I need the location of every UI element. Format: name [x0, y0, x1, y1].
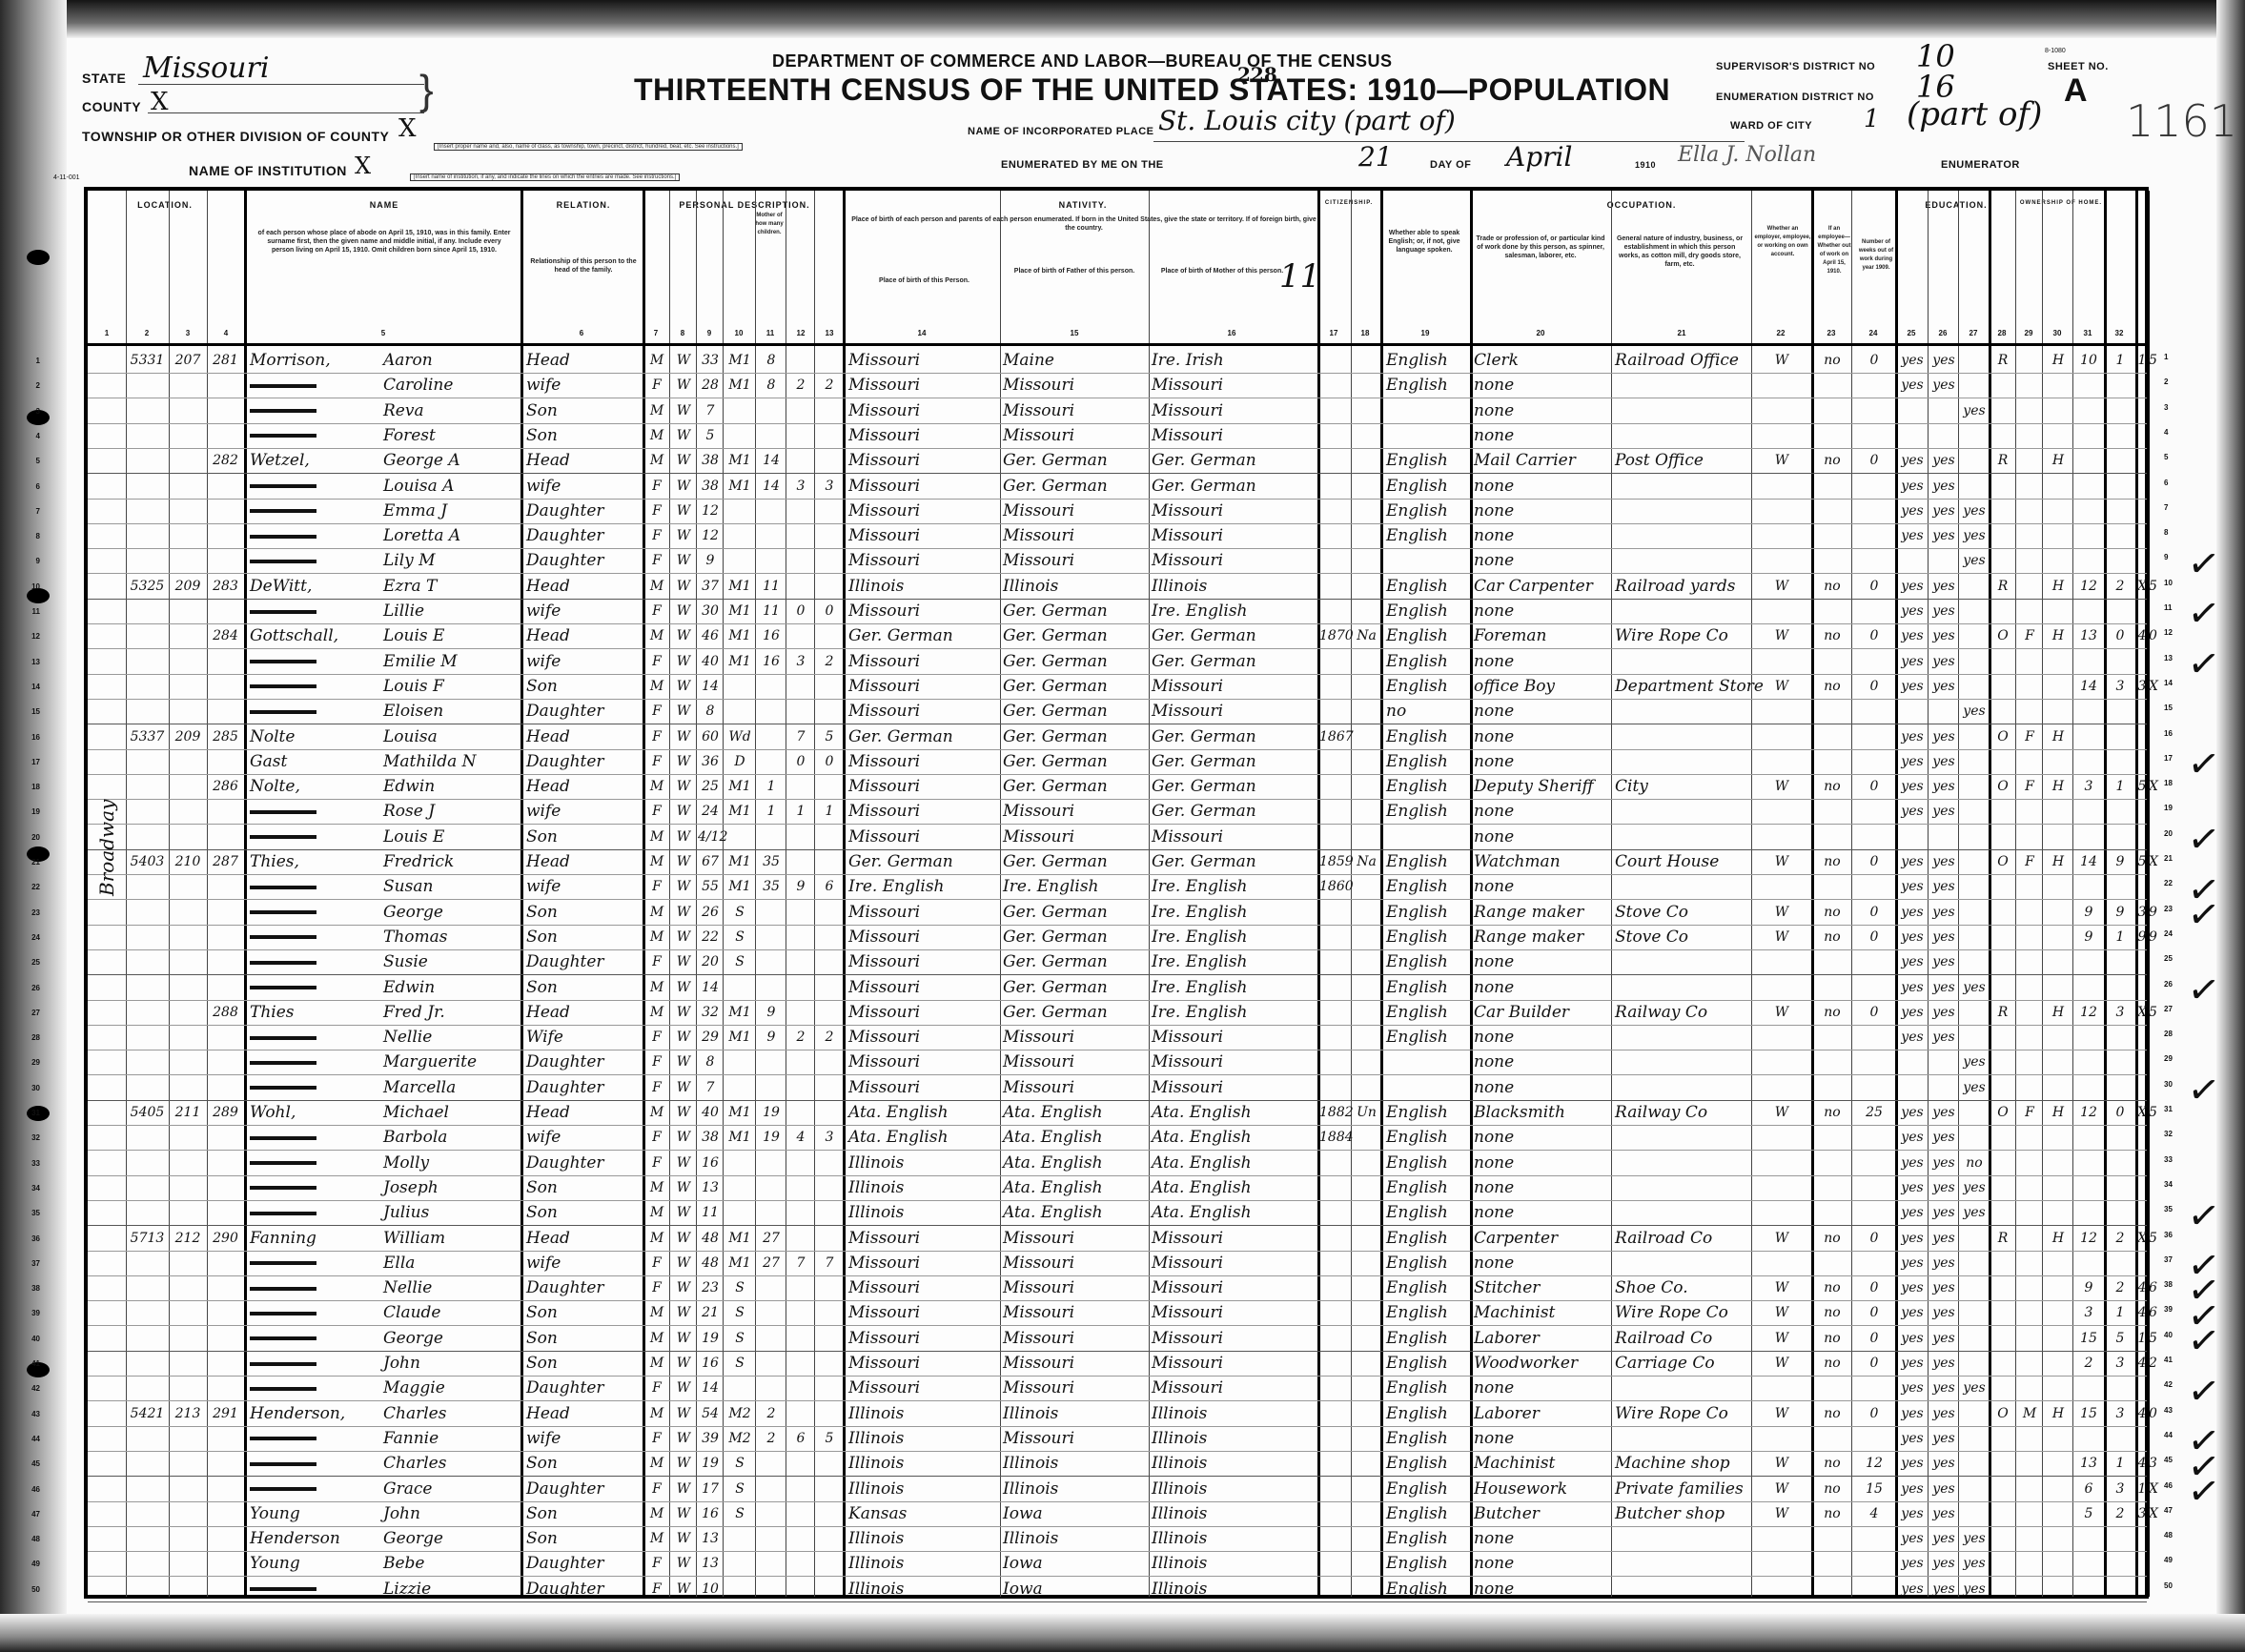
cell-weeks — [1853, 374, 1895, 398]
cell-pob: Illinois — [848, 1478, 999, 1501]
cell-pob: Ger. German — [848, 850, 999, 874]
cell-c32: 0 — [2149, 624, 2157, 648]
cell-english: English — [1386, 524, 1470, 548]
cell-nat — [1353, 1176, 1380, 1200]
cell-immig — [1319, 1201, 1351, 1225]
cell-race: W — [671, 449, 696, 473]
cell-dwelling — [169, 1176, 207, 1200]
cell-pob: Missouri — [848, 1377, 999, 1400]
cell-born — [787, 1001, 814, 1025]
cell-nat — [1353, 575, 1380, 599]
cell-industry — [1615, 549, 1750, 573]
cell-emp: W — [1754, 850, 1809, 874]
cell-relation: wife — [526, 875, 641, 899]
cell-weeks — [1853, 399, 1895, 423]
cell-house — [126, 475, 169, 499]
cell-living — [816, 549, 843, 573]
cell-nat — [1353, 1452, 1380, 1476]
cell-farm — [2017, 976, 2042, 1000]
cell-pob-father: Ata. English — [1003, 1152, 1148, 1175]
cell-years — [757, 1478, 786, 1501]
cell-house-type — [2044, 500, 2072, 523]
cell-read: yes — [1897, 1176, 1928, 1200]
cell-relation: wife — [526, 1427, 641, 1451]
cell-industry — [1615, 1552, 1750, 1576]
cell-race: W — [671, 926, 696, 949]
cell-trade: none — [1474, 1377, 1609, 1400]
cell-pob-father: Ata. English — [1003, 1101, 1148, 1125]
cell-c30 — [2106, 650, 2134, 674]
cell-weeks: 0 — [1853, 1276, 1895, 1300]
cell-family — [207, 1327, 244, 1351]
cell-c31: X — [2137, 575, 2147, 599]
cell-c30 — [2106, 1552, 2134, 1576]
cell-pob-mother: Missouri — [1152, 1301, 1316, 1325]
cell-industry — [1615, 1026, 1750, 1050]
cell-c31 — [2137, 725, 2147, 749]
cell-weeks — [1853, 1578, 1895, 1601]
cell-given: Ezra T — [383, 575, 521, 599]
cell-pob-mother: Ger. German — [1152, 750, 1316, 774]
cell-house-type — [2044, 1502, 2072, 1526]
cell-c30: 2 — [2106, 1227, 2134, 1251]
cell-weeks: 0 — [1853, 1227, 1895, 1251]
cell-family: 288 — [207, 1001, 244, 1025]
cell-living — [816, 1076, 843, 1100]
cell-surname — [250, 1377, 393, 1400]
cell-english: English — [1386, 374, 1470, 398]
cell-given: William — [383, 1227, 521, 1251]
cell-write: yes — [1929, 901, 1958, 925]
cell-emp — [1754, 1126, 1809, 1150]
cell-born: 4 — [787, 1126, 814, 1150]
cell-house-type — [2044, 1352, 2072, 1376]
cell-living: 6 — [816, 875, 843, 899]
cell-nat — [1353, 800, 1380, 824]
cell-school — [1960, 374, 1989, 398]
cell-marital: S — [725, 926, 755, 949]
cell-years: 8 — [757, 374, 786, 398]
cell-industry: Private families — [1615, 1478, 1750, 1501]
cell-race: W — [671, 875, 696, 899]
cell-given: Susie — [383, 950, 521, 974]
cell-years — [757, 1578, 786, 1601]
cell-oow — [1813, 374, 1851, 398]
cell-c31: 1 — [2137, 1327, 2147, 1351]
table-row: 435421213291Henderson,CharlesHeadMW54M22… — [88, 1402, 2145, 1427]
cell-emp: W — [1754, 1478, 1809, 1501]
cell-c31 — [2137, 826, 2147, 849]
cell-pob: Missouri — [848, 1276, 999, 1300]
cell-trade: none — [1474, 1578, 1609, 1601]
cell-race: W — [671, 1201, 696, 1225]
cell-race: W — [671, 750, 696, 774]
table-row: 37EllawifeFW48M12777MissouriMissouriMiss… — [88, 1252, 2145, 1276]
right-line-number: 41 — [2164, 1356, 2173, 1364]
cell-farm — [2017, 575, 2042, 599]
cell-trade: none — [1474, 1527, 1609, 1551]
cell-pob-mother: Missouri — [1152, 1377, 1316, 1400]
cell-weeks — [1853, 524, 1895, 548]
ditto-dash — [250, 886, 316, 889]
cell-surname — [250, 700, 393, 724]
cell-relation: Son — [526, 976, 641, 1000]
cell-farm — [2017, 1578, 2042, 1601]
cell-industry — [1615, 1578, 1750, 1601]
cell-marital: M1 — [725, 850, 755, 874]
cell-read: yes — [1897, 1101, 1928, 1125]
cell-immig — [1319, 1152, 1351, 1175]
cell-write: yes — [1929, 1227, 1958, 1251]
cell-born — [787, 575, 814, 599]
cell-c32: 6 — [2149, 1276, 2157, 1300]
cell-nat — [1353, 1478, 1380, 1501]
cell-house-type — [2044, 1527, 2072, 1551]
cell-farm — [2017, 1552, 2042, 1576]
cell-dwelling — [169, 549, 207, 573]
cell-weeks: 12 — [1853, 1452, 1895, 1476]
table-row: 48HendersonGeorgeSonMW13IllinoisIllinois… — [88, 1527, 2145, 1552]
cell-house — [126, 1478, 169, 1501]
cell-marital — [725, 1552, 755, 1576]
cell-trade: none — [1474, 374, 1609, 398]
cell-pob-father: Missouri — [1003, 1327, 1148, 1351]
cell-farm — [2017, 1276, 2042, 1300]
cell-trade: Range maker — [1474, 926, 1609, 949]
cell-own — [1990, 600, 2015, 623]
cell-years — [757, 725, 786, 749]
cell-relation: wife — [526, 800, 641, 824]
cell-pob: Missouri — [848, 1252, 999, 1275]
cell-english: no — [1386, 700, 1470, 724]
cell-age: 16 — [698, 1152, 723, 1175]
cell-write: yes — [1929, 624, 1958, 648]
cell-own — [1990, 1377, 2015, 1400]
line-number: 31 — [21, 1109, 40, 1117]
cell-pob-mother: Ata. English — [1152, 1201, 1316, 1225]
census-table: LOCATION. NAME RELATION. PERSONAL DESCRI… — [84, 187, 2149, 1599]
cell-school — [1960, 1327, 1989, 1351]
cell-house: 5337 — [126, 725, 169, 749]
cell-nat — [1353, 1227, 1380, 1251]
right-line-number: 44 — [2164, 1431, 2173, 1439]
cell-relation: wife — [526, 600, 641, 623]
cell-pob-father: Maine — [1003, 349, 1148, 373]
cell-c32: X — [2149, 850, 2158, 874]
cell-relation: Son — [526, 424, 641, 448]
cell-industry: Court House — [1615, 850, 1750, 874]
cell-born — [787, 1301, 814, 1325]
cell-race: W — [671, 1001, 696, 1025]
cell-pob-father: Ger. German — [1003, 901, 1148, 925]
right-line-number: 49 — [2164, 1556, 2173, 1564]
cell-sched: 9 — [2074, 901, 2103, 925]
cell-industry — [1615, 1126, 1750, 1150]
right-line-number: 43 — [2164, 1406, 2173, 1415]
cell-age: 7 — [698, 1076, 723, 1100]
column-number: 13 — [820, 329, 839, 342]
scan-bottom-edge — [0, 1614, 2245, 1652]
cell-trade: Clerk — [1474, 349, 1609, 373]
cell-write: yes — [1929, 1352, 1958, 1376]
cell-age: 19 — [698, 1452, 723, 1476]
cell-pob-father: Missouri — [1003, 1377, 1148, 1400]
cell-given: Barbola — [383, 1126, 521, 1150]
cell-given: Charles — [383, 1452, 521, 1476]
cell-c31 — [2137, 524, 2147, 548]
cell-years: 9 — [757, 1026, 786, 1050]
cell-house-type — [2044, 424, 2072, 448]
cell-house — [126, 926, 169, 949]
cell-c30: 3 — [2106, 1352, 2134, 1376]
cell-born — [787, 1478, 814, 1501]
cell-dwelling — [169, 1076, 207, 1100]
cell-marital: M1 — [725, 650, 755, 674]
cell-race: W — [671, 976, 696, 1000]
column-number: 28 — [1992, 329, 2011, 342]
table-row: 3RevaSonMW7MissouriMissouriMissourinoney… — [88, 399, 2145, 424]
cell-write: yes — [1929, 374, 1958, 398]
cell-living — [816, 976, 843, 1000]
cell-born — [787, 449, 814, 473]
cell-trade: none — [1474, 826, 1609, 849]
cell-given: Mathilda N — [383, 750, 521, 774]
cell-english — [1386, 826, 1470, 849]
table-row: 9Lily MDaughterFW9MissouriMissouriMissou… — [88, 549, 2145, 574]
cell-sched — [2074, 424, 2103, 448]
cell-english: English — [1386, 1452, 1470, 1476]
cell-oow: no — [1813, 1327, 1851, 1351]
cell-pob-father: Missouri — [1003, 826, 1148, 849]
cell-house — [126, 1176, 169, 1200]
cell-industry: Machine shop — [1615, 1452, 1750, 1476]
cell-living — [816, 1001, 843, 1025]
cell-pob-mother: Ger. German — [1152, 800, 1316, 824]
cell-marital: M1 — [725, 1026, 755, 1050]
cell-sched: 3 — [2074, 1301, 2103, 1325]
cell-pob-mother: Missouri — [1152, 374, 1316, 398]
cell-family — [207, 600, 244, 623]
line-number: 10 — [21, 582, 40, 591]
cell-age: 48 — [698, 1252, 723, 1275]
cell-sched — [2074, 826, 2103, 849]
cell-read: yes — [1897, 850, 1928, 874]
enumerated-label: Enumerated by me on the — [1001, 159, 1164, 171]
line-number: 36 — [21, 1234, 40, 1243]
right-line-number: 37 — [2164, 1255, 2173, 1264]
right-line-number: 9 — [2164, 553, 2168, 561]
line-number: 23 — [21, 908, 40, 917]
cell-sex: M — [644, 775, 669, 799]
line-number: 21 — [21, 858, 40, 867]
cell-write: yes — [1929, 1026, 1958, 1050]
cell-race: W — [671, 700, 696, 724]
table-row: 44FanniewifeFW39M2265IllinoisMissouriIll… — [88, 1427, 2145, 1452]
cell-emp: W — [1754, 1452, 1809, 1476]
cell-farm — [2017, 1050, 2042, 1074]
header-separator — [88, 343, 2145, 346]
cell-born — [787, 1402, 814, 1426]
cell-marital: S — [725, 1478, 755, 1501]
cell-english — [1386, 424, 1470, 448]
cell-pob-father: Missouri — [1003, 1352, 1148, 1376]
cell-oow: no — [1813, 1402, 1851, 1426]
cell-school — [1960, 1126, 1989, 1150]
cell-read — [1897, 1076, 1928, 1100]
cell-age: 38 — [698, 475, 723, 499]
right-line-number: 19 — [2164, 804, 2173, 812]
cell-read: yes — [1897, 1352, 1928, 1376]
cell-race: W — [671, 524, 696, 548]
right-line-number: 39 — [2164, 1305, 2173, 1314]
cell-read: yes — [1897, 650, 1928, 674]
cell-pob: Illinois — [848, 1201, 999, 1225]
cell-own — [1990, 1301, 2015, 1325]
cell-race: W — [671, 424, 696, 448]
cell-c31 — [2137, 399, 2147, 423]
cell-nat — [1353, 1427, 1380, 1451]
column-number: 23 — [1822, 329, 1841, 342]
cell-school — [1960, 475, 1989, 499]
cell-sched — [2074, 449, 2103, 473]
cell-dwelling — [169, 1478, 207, 1501]
cell-sex: M — [644, 449, 669, 473]
cell-nat — [1353, 1552, 1380, 1576]
census-title: THIRTEENTH CENSUS OF THE UNITED STATES: … — [634, 72, 1670, 108]
cell-house-type: H — [2044, 1101, 2072, 1125]
cell-sched — [2074, 1076, 2103, 1100]
cell-surname — [250, 901, 393, 925]
cell-write — [1929, 700, 1958, 724]
cell-farm — [2017, 875, 2042, 899]
column-number: 27 — [1964, 329, 1983, 342]
cell-c31: 1 — [2137, 1478, 2147, 1501]
cell-english: English — [1386, 800, 1470, 824]
cell-sched — [2074, 500, 2103, 523]
cell-family — [207, 1152, 244, 1175]
cell-sex: M — [644, 675, 669, 699]
cell-english: English — [1386, 1252, 1470, 1275]
cell-c30: 5 — [2106, 1327, 2134, 1351]
cell-weeks — [1853, 500, 1895, 523]
cell-pob-mother: Ger. German — [1152, 475, 1316, 499]
cell-years: 27 — [757, 1252, 786, 1275]
cell-pob-father: Missouri — [1003, 800, 1148, 824]
cell-age: 13 — [698, 1176, 723, 1200]
cell-trade: none — [1474, 700, 1609, 724]
cell-relation: Son — [526, 1201, 641, 1225]
cell-sex: M — [644, 349, 669, 373]
ditto-dash — [250, 660, 316, 663]
cell-sex: F — [644, 750, 669, 774]
cell-c30 — [2106, 1050, 2134, 1074]
cell-c31 — [2137, 500, 2147, 523]
cell-own — [1990, 950, 2015, 974]
line-number: 9 — [21, 557, 40, 565]
cell-pob-mother: Missouri — [1152, 1327, 1316, 1351]
birth-mother-description: Place of birth of Mother of this person. — [1151, 267, 1294, 275]
right-line-number: 32 — [2164, 1130, 2173, 1138]
cell-c30 — [2106, 1126, 2134, 1150]
cell-given: George — [383, 1527, 521, 1551]
cell-age: 7 — [698, 399, 723, 423]
cell-own — [1990, 1552, 2015, 1576]
cell-living — [816, 775, 843, 799]
mother-of-description: Mother of how many children. — [755, 212, 784, 237]
cell-immig — [1319, 1427, 1351, 1451]
mother-col-annotation: 11 — [1279, 257, 1320, 296]
cell-race: W — [671, 1050, 696, 1074]
cell-read: yes — [1897, 1402, 1928, 1426]
cell-family — [207, 750, 244, 774]
cell-pob: Missouri — [848, 1026, 999, 1050]
cell-sched — [2074, 875, 2103, 899]
cell-living: 2 — [816, 374, 843, 398]
cell-trade: Woodworker — [1474, 1352, 1609, 1376]
cell-trade: none — [1474, 650, 1609, 674]
cell-school: yes — [1960, 549, 1989, 573]
cell-english: English — [1386, 1176, 1470, 1200]
institution-value: X — [355, 153, 371, 179]
ditto-dash — [250, 1261, 316, 1265]
line-number: 25 — [21, 958, 40, 967]
cell-oow: no — [1813, 1452, 1851, 1476]
cell-surname: Thies, — [250, 850, 393, 874]
cell-school: yes — [1960, 500, 1989, 523]
cell-given: Marcella — [383, 1076, 521, 1100]
cell-read: yes — [1897, 1327, 1928, 1351]
cell-nat — [1353, 700, 1380, 724]
cell-family — [207, 1076, 244, 1100]
cell-school — [1960, 1502, 1989, 1526]
cell-school: yes — [1960, 1552, 1989, 1576]
cell-age: 9 — [698, 549, 723, 573]
cell-years — [757, 1152, 786, 1175]
cell-pob: Missouri — [848, 650, 999, 674]
cell-house-type — [2044, 1201, 2072, 1225]
cell-age: 26 — [698, 901, 723, 925]
cell-industry: Stove Co — [1615, 901, 1750, 925]
cell-relation: Daughter — [526, 500, 641, 523]
cell-house-type: H — [2044, 775, 2072, 799]
right-line-number: 8 — [2164, 528, 2168, 537]
line-number: 34 — [21, 1184, 40, 1193]
cell-pob: Missouri — [848, 826, 999, 849]
cell-pob-mother: Ire. Irish — [1152, 349, 1316, 373]
cell-c30 — [2106, 500, 2134, 523]
cell-farm — [2017, 1452, 2042, 1476]
cell-house-type — [2044, 374, 2072, 398]
ditto-dash — [250, 1312, 316, 1315]
cell-english: English — [1386, 650, 1470, 674]
cell-house-type — [2044, 1578, 2072, 1601]
cell-dwelling — [169, 1452, 207, 1476]
cell-emp: W — [1754, 926, 1809, 949]
ditto-dash — [250, 910, 316, 914]
cell-pob: Missouri — [848, 700, 999, 724]
cell-race: W — [671, 1402, 696, 1426]
cell-own: O — [1990, 775, 2015, 799]
cell-surname — [250, 800, 393, 824]
cell-surname: Thies — [250, 1001, 393, 1025]
cell-dwelling — [169, 449, 207, 473]
cell-c30 — [2106, 826, 2134, 849]
cell-read — [1897, 399, 1928, 423]
line-number: 37 — [21, 1259, 40, 1268]
cell-pob-father: Missouri — [1003, 1276, 1148, 1300]
cell-given: Emma J — [383, 500, 521, 523]
cell-pob-father: Missouri — [1003, 1227, 1148, 1251]
